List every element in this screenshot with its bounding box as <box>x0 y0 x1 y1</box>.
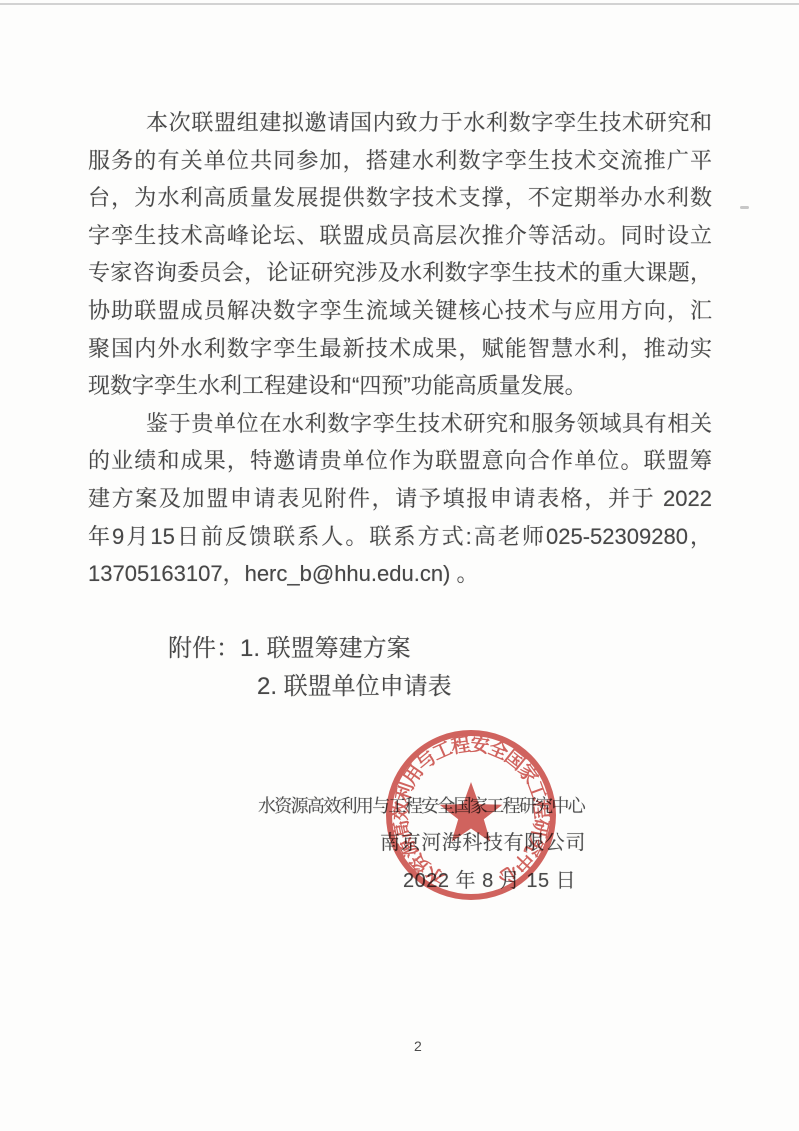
scan-artifact <box>740 206 749 209</box>
body-line: 建方案及加盟申请表见附件，请予填报申请表格，并于 2022 <box>88 480 712 518</box>
body-line: 专家咨询委员会，论证研究涉及水利数字孪生技术的重大课题， <box>88 254 712 292</box>
body-line: 13705163107，herc_b@hhu.edu.cn) 。 <box>88 555 712 593</box>
body-line: 字孪生技术高峰论坛、联盟成员高层次推介等活动。同时设立 <box>88 217 712 255</box>
attachment-line-1: 附件：1. 联盟筹建方案 <box>168 630 411 668</box>
body-line: 协助联盟成员解决数字孪生流域关键核心技术与应用方向，汇 <box>88 292 712 330</box>
body-line: 聚国内外水利数字孪生最新技术成果，赋能智慧水利，推动实 <box>88 330 712 368</box>
attachment-line-2: 2. 联盟单位申请表 <box>257 668 452 706</box>
body-line: 鉴于贵单位在水利数字孪生技术研究和服务领域具有相关 <box>88 405 712 443</box>
body-line: 的业绩和成果，特邀请贵单位作为联盟意向合作单位。联盟筹 <box>88 442 712 480</box>
scan-edge-line <box>0 3 799 5</box>
body-line: 台，为水利高质量发展提供数字技术支撑，不定期举办水利数 <box>88 179 712 217</box>
body-line: 服务的有关单位共同参加，搭建水利数字孪生技术交流推广平 <box>88 142 712 180</box>
signature-date: 2022 年 8 月 15 日 <box>403 864 576 893</box>
body-line: 现数字孪生水利工程建设和“四预”功能高质量发展。 <box>88 367 712 405</box>
page-number: 2 <box>414 1038 422 1054</box>
signature-org-primary: 水资源高效利用与工程安全国家工程研究中心 <box>258 792 584 818</box>
signature-org-secondary: 南京河海科技有限公司 <box>380 826 586 855</box>
body-line: 本次联盟组建拟邀请国内致力于水利数字孪生技术研究和 <box>88 104 712 142</box>
document-page: 本次联盟组建拟邀请国内致力于水利数字孪生技术研究和 服务的有关单位共同参加，搭建… <box>0 0 799 1131</box>
letter-body: 本次联盟组建拟邀请国内致力于水利数字孪生技术研究和 服务的有关单位共同参加，搭建… <box>88 104 712 593</box>
body-line: 年9月15日前反馈联系人。联系方式:高老师025-52309280， <box>88 518 712 556</box>
